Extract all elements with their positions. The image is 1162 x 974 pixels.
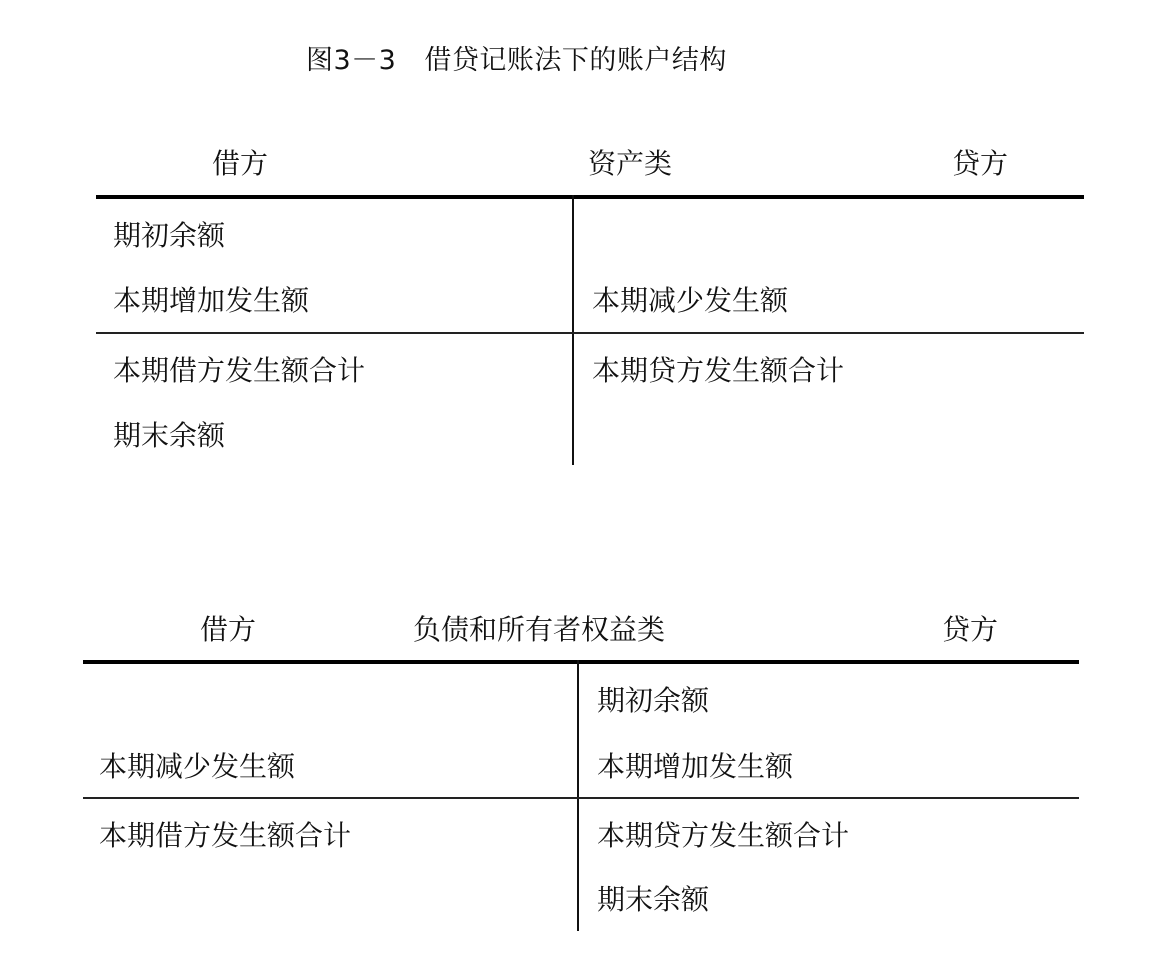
debit-row: 本期增加发生额 [113,279,309,319]
debit-label: 借方 [212,142,268,182]
center-divider [572,195,574,465]
credit-total: 本期贷方发生额合计 [592,349,844,389]
figure-title: 图3－3借贷记账法下的账户结构 [306,38,727,77]
credit-label: 贷方 [942,608,998,648]
debit-row: 本期减少发生额 [99,745,295,785]
figure-number: 图3－3 [306,45,396,76]
credit-label: 贷方 [952,142,1008,182]
total-rule [96,332,1084,334]
credit-row: 本期减少发生额 [592,279,788,319]
center-divider [577,660,579,931]
top-rule [96,195,1084,199]
total-rule [83,797,1079,799]
debit-total: 本期借方发生额合计 [99,814,351,854]
debit-row: 期初余额 [113,214,225,254]
credit-row: 本期增加发生额 [597,745,793,785]
debit-label: 借方 [200,608,256,648]
credit-row: 期初余额 [597,679,709,719]
account-name: 资产类 [588,142,672,182]
figure-caption: 借贷记账法下的账户结构 [424,45,727,76]
account-name: 负债和所有者权益类 [413,608,665,648]
credit-total: 本期贷方发生额合计 [597,814,849,854]
debit-total: 本期借方发生额合计 [113,349,365,389]
top-rule [83,660,1079,664]
ending-balance: 期末余额 [113,414,225,454]
ending-balance: 期末余额 [597,878,709,918]
